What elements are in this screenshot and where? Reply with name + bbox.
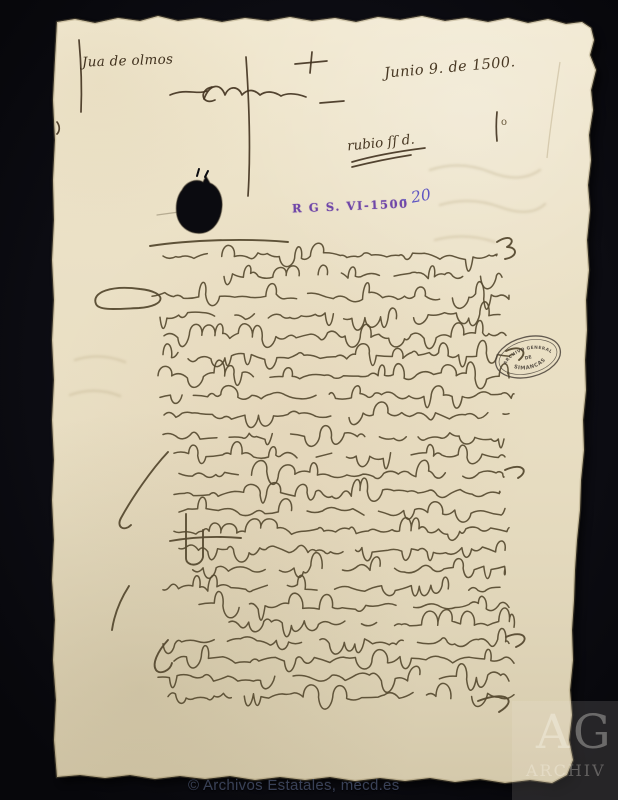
document-photo: ARCHIVO GENERAL DE SIMANCAS Jua de olmos… bbox=[0, 0, 618, 800]
folio-mark: o bbox=[501, 117, 507, 128]
archivist-name-annotation: Jua de olmos bbox=[82, 51, 174, 70]
watermark-initials: AG bbox=[536, 705, 614, 760]
watermark-word: ARCHIV bbox=[526, 761, 606, 780]
manuscript-page: ARCHIVO GENERAL DE SIMANCAS bbox=[0, 0, 618, 800]
paper-sheet bbox=[52, 16, 596, 783]
archive-watermark: AG ARCHIV bbox=[512, 701, 618, 800]
handwriting-stroke bbox=[496, 112, 497, 141]
copyright-credit: © Archivos Estatales, mecd.es bbox=[188, 777, 400, 794]
